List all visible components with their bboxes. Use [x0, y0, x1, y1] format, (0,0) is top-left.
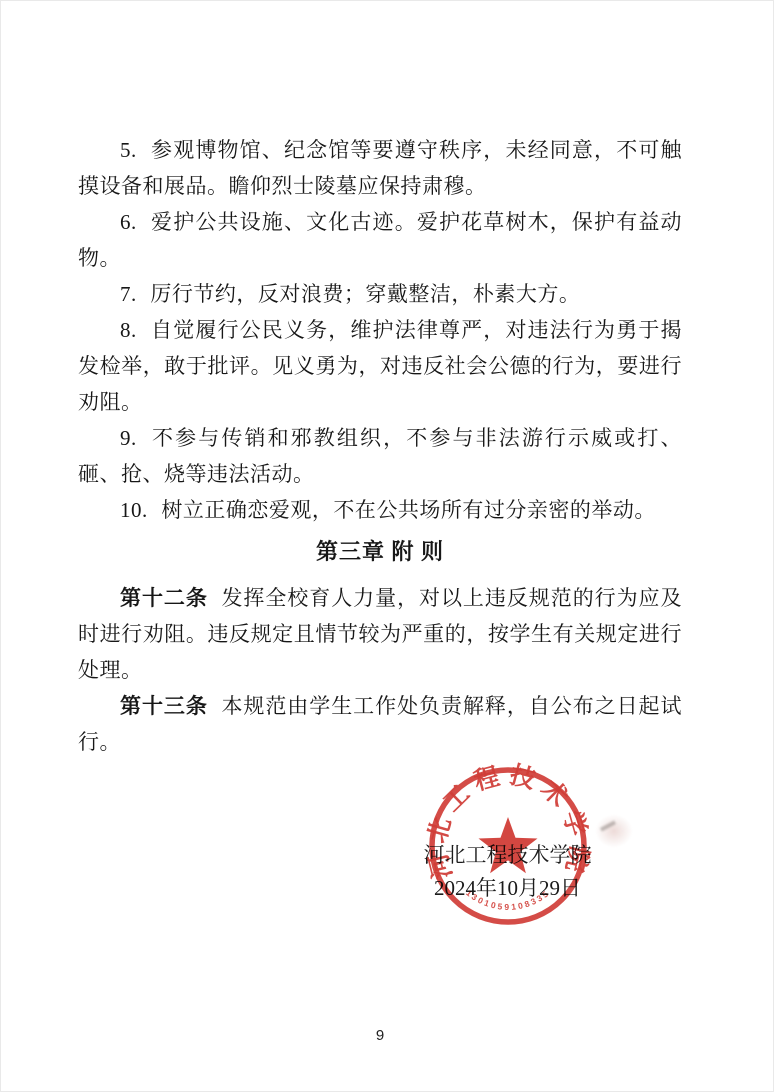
item-number: 5.: [120, 138, 137, 162]
item-number: 10.: [120, 498, 148, 522]
item-text: 参观博物馆、纪念馆等要遵守秩序，未经同意，不可触摸设备和展品。瞻仰烈士陵墓应保持…: [78, 138, 682, 198]
article-label: 第十三条: [120, 694, 208, 718]
item-text: 自觉履行公民义务，维护法律尊严，对违法行为勇于揭发检举，敢于批评。见义勇为，对违…: [78, 318, 682, 414]
item-number: 8.: [120, 318, 137, 342]
item-number: 6.: [120, 210, 137, 234]
list-item-8: 8.自觉履行公民义务，维护法律尊严，对违法行为勇于揭发检举，敢于批评。见义勇为，…: [78, 312, 682, 420]
list-item-9: 9.不参与传销和邪教组织，不参与非法游行示威或打、砸、抢、烧等违法活动。: [78, 420, 682, 492]
chapter-heading: 第三章 附 则: [78, 534, 682, 570]
article-13: 第十三条本规范由学生工作处负责解释，自公布之日起试行。: [78, 688, 682, 760]
list-item-10: 10.树立正确恋爱观，不在公共场所有过分亲密的举动。: [78, 492, 682, 528]
list-item-7: 7.厉行节约，反对浪费；穿戴整洁，朴素大方。: [78, 276, 682, 312]
page-number: 9: [78, 1026, 682, 1046]
item-text: 树立正确恋爱观，不在公共场所有过分亲密的举动。: [161, 498, 656, 522]
document-page: 5.参观博物馆、纪念馆等要遵守秩序，未经同意，不可触摸设备和展品。瞻仰烈士陵墓应…: [0, 0, 774, 1092]
signature-date: 2024年10月29日: [420, 872, 595, 905]
document-body: 5.参观博物馆、纪念馆等要遵守秩序，未经同意，不可触摸设备和展品。瞻仰烈士陵墓应…: [78, 132, 682, 760]
list-item-5: 5.参观博物馆、纪念馆等要遵守秩序，未经同意，不可触摸设备和展品。瞻仰烈士陵墓应…: [78, 132, 682, 204]
list-item-6: 6.爱护公共设施、文化古迹。爱护花草树木，保护有益动物。: [78, 204, 682, 276]
item-text: 爱护公共设施、文化古迹。爱护花草树木，保护有益动物。: [78, 210, 682, 270]
ink-smudge: [588, 808, 640, 854]
item-number: 9.: [120, 426, 137, 450]
signature-org: 河北工程技术学院: [420, 839, 595, 872]
signature-block: 河北工程技术学院 2024年10月29日: [420, 839, 595, 905]
article-label: 第十二条: [120, 586, 208, 610]
article-12: 第十二条发挥全校育人力量，对以上违反规范的行为应及时进行劝阻。违反规定且情节较为…: [78, 580, 682, 688]
item-number: 7.: [120, 282, 137, 306]
item-text: 厉行节约，反对浪费；穿戴整洁，朴素大方。: [150, 282, 580, 306]
item-text: 不参与传销和邪教组织，不参与非法游行示威或打、砸、抢、烧等违法活动。: [78, 426, 682, 486]
